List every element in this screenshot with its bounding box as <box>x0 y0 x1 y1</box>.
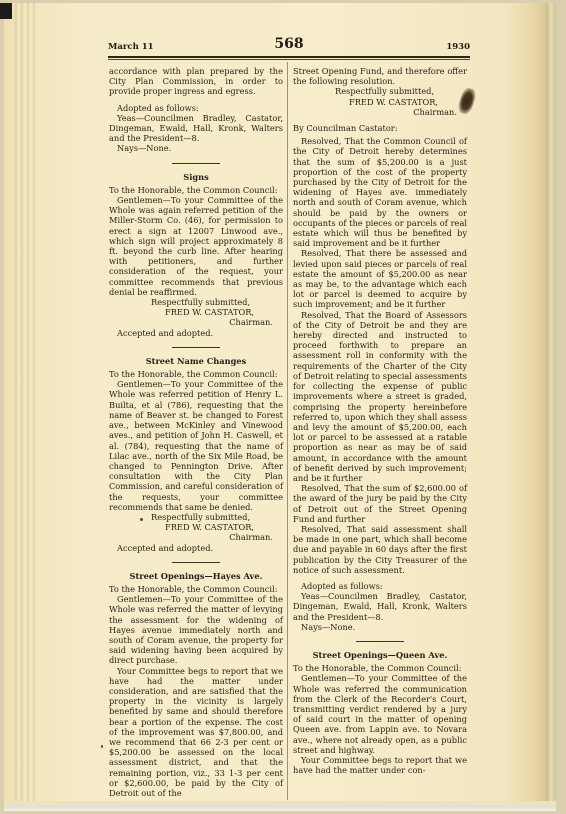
resolution-introducer: By Councilman Castator: <box>293 123 467 133</box>
section-heading-hayes-ave: Street Openings—Hayes Ave. <box>109 571 283 581</box>
paragraph: Your Committee begs to report that we ha… <box>293 755 467 775</box>
resolution-paragraph: Resolved, That the sum of $2,600.00 of t… <box>293 483 467 524</box>
column-divider <box>287 62 288 800</box>
adopted-line: Adopted as follows: <box>293 581 467 591</box>
header-rule <box>108 56 470 58</box>
page-right-edge <box>546 3 556 811</box>
header-rule-thin <box>108 59 470 60</box>
signer: FRED W. CASTATOR, <box>109 522 283 532</box>
section-separator <box>172 347 220 348</box>
signer: FRED W. CASTATOR, <box>109 307 283 317</box>
paragraph: Gentlemen—To your Committee of the Whole… <box>293 673 467 755</box>
yeas-line: Yeas—Councilmen Bradley, Castator, Dinge… <box>293 591 467 622</box>
signer-title: Chairman. <box>109 317 283 327</box>
nays-line: Nays—None. <box>293 622 467 632</box>
resolution-paragraph: Resolved, That said assessment shall be … <box>293 524 467 575</box>
binding-corner-mark <box>0 3 12 19</box>
resolution-paragraph: Resolved, That there be assessed and lev… <box>293 248 467 309</box>
header-year: 1930 <box>446 42 470 52</box>
left-column: accordance with plan prepared by the Cit… <box>109 66 283 798</box>
section-heading-queen-ave: Street Openings—Queen Ave. <box>293 650 467 660</box>
action-line: Accepted and adopted. <box>109 543 283 553</box>
section-separator <box>172 163 220 164</box>
paragraph: Street Opening Fund, and therefore offer… <box>293 66 467 86</box>
signer-title: Chairman. <box>293 107 467 117</box>
paragraph: accordance with plan prepared by the Cit… <box>109 66 283 97</box>
closing: Respectfully submitted, <box>109 297 283 307</box>
salutation: To the Honorable, the Common Council: <box>109 369 283 379</box>
page-header: March 11 568 1930 <box>108 38 470 58</box>
action-line: Accepted and adopted. <box>109 328 283 338</box>
page-number: 568 <box>108 36 470 52</box>
stain-fleck <box>140 518 143 521</box>
yeas-line: Yeas—Councilmen Bradley, Castator, Dinge… <box>109 113 283 144</box>
closing: Respectfully submitted, <box>293 86 467 96</box>
paragraph: Gentlemen—To your Committee of the Whole… <box>109 379 283 512</box>
book-spine-gutter <box>14 3 36 811</box>
closing: Respectfully submitted, <box>109 512 283 522</box>
section-separator <box>172 562 220 563</box>
section-heading-signs: Signs <box>109 172 283 182</box>
adopted-line: Adopted as follows: <box>109 103 283 113</box>
page-bottom-edge <box>4 801 556 811</box>
resolution-paragraph: Resolved, That the Common Council of the… <box>293 136 467 248</box>
signer-title: Chairman. <box>109 532 283 542</box>
stain-fleck <box>101 745 103 748</box>
section-separator <box>356 641 404 642</box>
salutation: To the Honorable, the Common Council: <box>293 663 467 673</box>
paragraph: Gentlemen—To your Committee of the Whole… <box>109 594 283 665</box>
section-heading-street-name-changes: Street Name Changes <box>109 356 283 366</box>
right-column: Street Opening Fund, and therefore offer… <box>293 66 467 775</box>
paragraph: Gentlemen—To your Committee of the Whole… <box>109 195 283 297</box>
nays-line: Nays—None. <box>109 143 283 153</box>
salutation: To the Honorable, the Common Council: <box>109 584 283 594</box>
paragraph: Your Committee begs to report that we ha… <box>109 666 283 799</box>
signer: FRED W. CASTATOR, <box>293 97 467 107</box>
resolution-paragraph: Resolved, That the Board of Assessors of… <box>293 310 467 483</box>
salutation: To the Honorable, the Common Council: <box>109 185 283 195</box>
